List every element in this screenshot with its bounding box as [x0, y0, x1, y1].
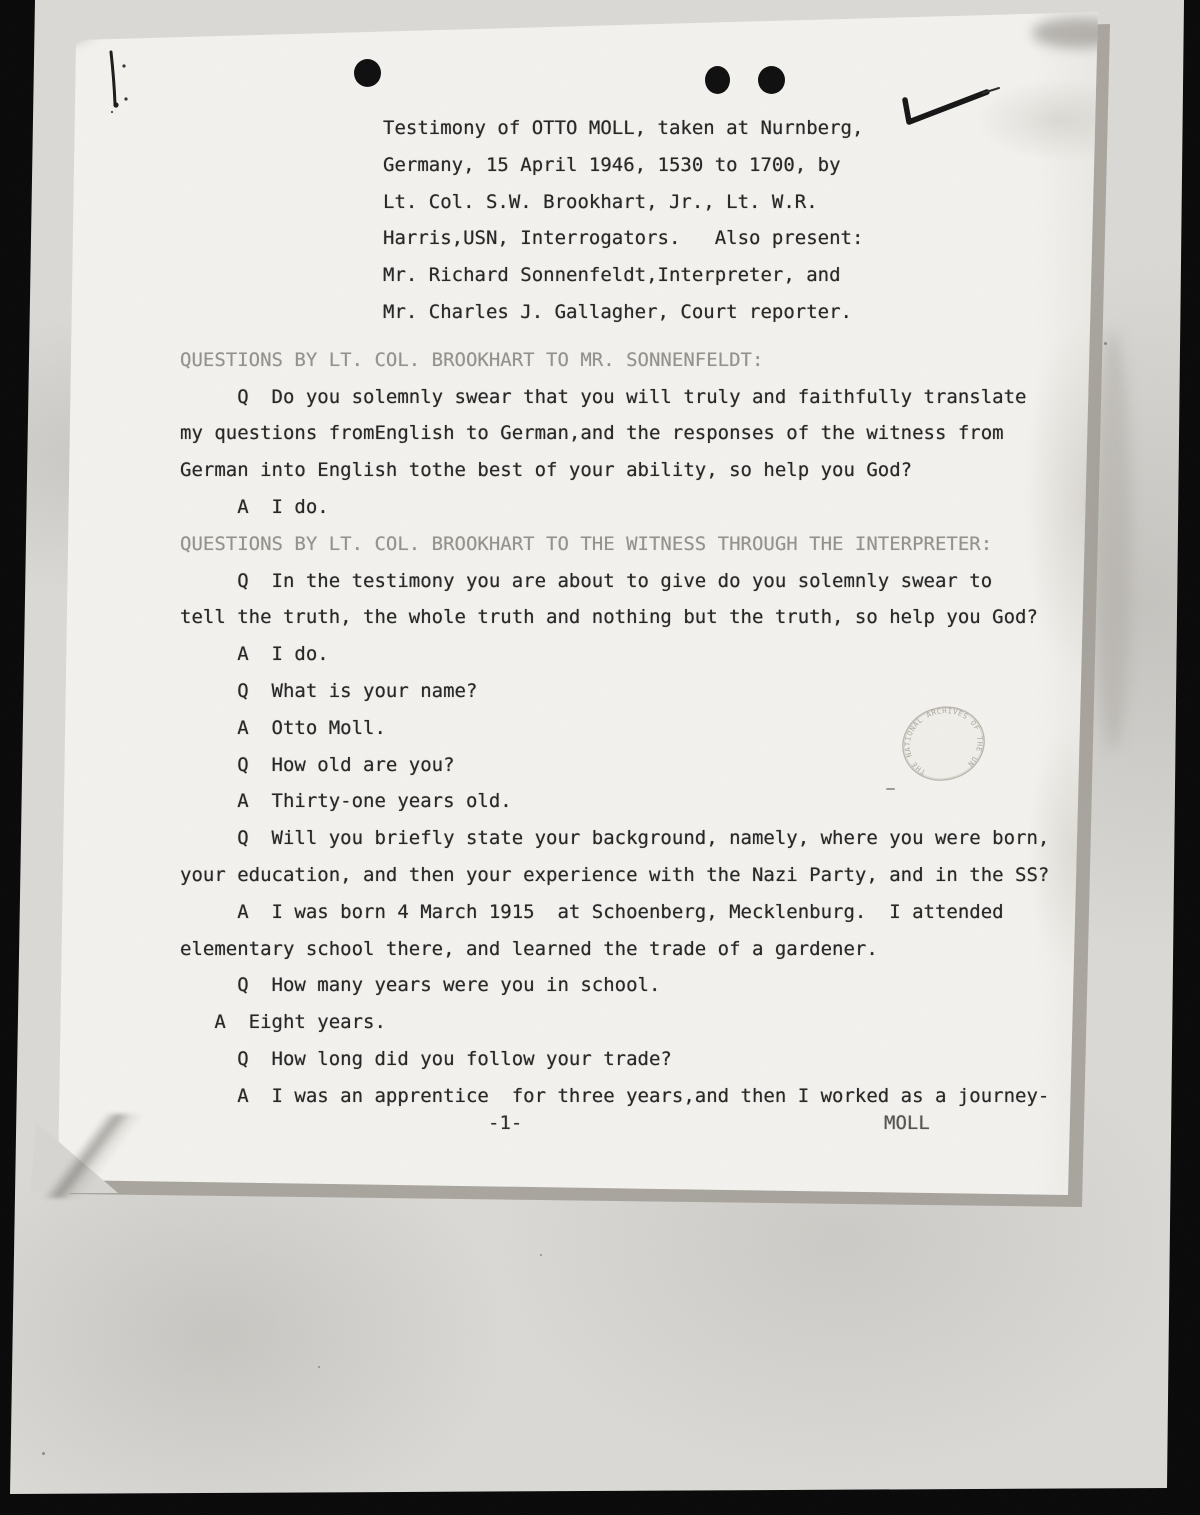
scan-speck — [42, 1452, 45, 1455]
typed-line: A I was born 4 March 1915 at Schoenberg,… — [180, 894, 1060, 931]
title-line: Germany, 15 April 1946, 1530 to 1700, by — [383, 147, 1060, 184]
typed-line: Q Will you briefly state your background… — [180, 820, 1060, 857]
typed-line: your education, and then your experience… — [180, 857, 1060, 894]
title-line: Testimony of OTTO MOLL, taken at Nurnber… — [383, 110, 1060, 147]
typed-line: A Eight years. — [180, 1004, 1060, 1041]
typed-line: Q How long did you follow your trade? — [180, 1041, 1060, 1078]
pen-dash — [886, 788, 895, 790]
scan-speck — [1104, 342, 1107, 345]
hole-punch-icon — [354, 59, 381, 87]
typed-line: A I was an apprentice for three years,an… — [180, 1078, 1060, 1115]
folded-corner-shadow — [28, 1114, 148, 1198]
typed-line: tell the truth, the whole truth and noth… — [180, 599, 1060, 636]
title-line: Mr. Richard Sonnenfeldt,Interpreter, and — [383, 257, 1060, 294]
page-number: -1- — [488, 1112, 522, 1134]
typed-line: Q How many years were you in school. — [180, 967, 1060, 1004]
typed-line: Q Do you solemnly swear that you will tr… — [180, 379, 1060, 416]
title-line: Mr. Charles J. Gallagher, Court reporter… — [383, 294, 1060, 331]
scan-speck — [318, 1366, 320, 1368]
hole-punch-icon — [705, 66, 730, 94]
typed-line: QUESTIONS BY LT. COL. BROOKHART TO THE W… — [180, 526, 1060, 563]
typed-line: German into English tothe best of your a… — [180, 452, 1060, 489]
typed-line: A I do. — [180, 489, 1060, 526]
title-line: Harris,USN, Interrogators. Also present: — [383, 220, 1060, 257]
typed-line: Q In the testimony you are about to give… — [180, 563, 1060, 600]
typed-line: elementary school there, and learned the… — [180, 931, 1060, 968]
typed-text-layer: Testimony of OTTO MOLL, taken at Nurnber… — [180, 110, 1060, 1115]
title-line: Lt. Col. S.W. Brookhart, Jr., Lt. W.R. — [383, 184, 1060, 221]
witness-label: MOLL — [884, 1112, 930, 1134]
typed-line: my questions fromEnglish to German,and t… — [180, 415, 1060, 452]
typed-line: QUESTIONS BY LT. COL. BROOKHART TO MR. S… — [180, 342, 1060, 379]
title-block: Testimony of OTTO MOLL, taken at Nurnber… — [383, 110, 1060, 331]
scan-speck — [540, 1254, 542, 1256]
hole-punch-icon — [758, 66, 785, 94]
typed-line: A I do. — [180, 636, 1060, 673]
scanned-document: Testimony of OTTO MOLL, taken at Nurnber… — [0, 0, 1200, 1515]
page-footer: -1- MOLL — [0, 1112, 1200, 1142]
